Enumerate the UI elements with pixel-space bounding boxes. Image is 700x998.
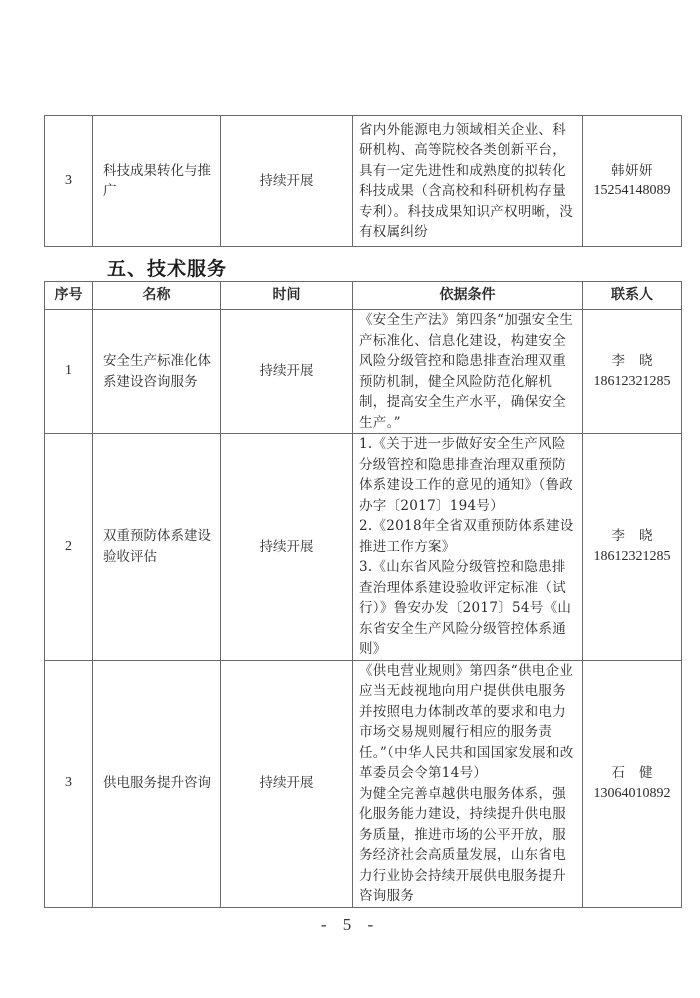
row-contact: 李晓 18612321285 — [583, 310, 682, 434]
row-basis: 《安全生产法》第四条“加强安全生产标准化、信息化建设，构建安全风险分级管控和隐患… — [353, 310, 583, 434]
row-name: 安全生产标准化体系建设咨询服务 — [93, 310, 221, 434]
contact-phone: 18612321285 — [583, 547, 681, 568]
header-index: 序号 — [45, 282, 93, 310]
table-row: 1 安全生产标准化体系建设咨询服务 持续开展 《安全生产法》第四条“加强安全生产… — [45, 310, 682, 434]
contact-name: 李晓 — [583, 351, 695, 372]
header-basis: 依据条件 — [353, 282, 583, 310]
row-contact: 石健 13064010892 — [583, 660, 682, 907]
row-contact: 韩妍妍 15254148089 — [583, 116, 682, 247]
row-time: 持续开展 — [221, 434, 353, 661]
header-contact: 联系人 — [583, 282, 682, 310]
row-time: 持续开展 — [221, 116, 353, 247]
page-number: - 5 - — [0, 915, 700, 935]
table-row: 3 供电服务提升咨询 持续开展 《供电营业规则》第四条“供电企业应当无歧视地向用… — [45, 660, 682, 907]
table-header-row: 序号 名称 时间 依据条件 联系人 — [45, 282, 682, 310]
row-basis: 1.《关于进一步做好安全生产风险分级管控和隐患排查治理双重预防体系建设工作的意见… — [353, 434, 583, 661]
row-name: 供电服务提升咨询 — [93, 660, 221, 907]
row-contact: 李晓 18612321285 — [583, 434, 682, 661]
row-basis: 省内外能源电力领域相关企业、科研机构、高等院校各类创新平台，具有一定先进性和成熟… — [353, 116, 583, 247]
basis-item: 2.《2018年全省双重预防体系建设推进工作方案》 — [359, 516, 576, 557]
basis-item: 《供电营业规则》第四条“供电企业应当无歧视地向用户提供供电服务并按照电力体制改革… — [359, 661, 576, 784]
section-title: 五、技术服务 — [107, 254, 227, 281]
table-row: 3 科技成果转化与推广 持续开展 省内外能源电力领域相关企业、科研机构、高等院校… — [45, 116, 682, 247]
contact-phone: 13064010892 — [583, 784, 681, 805]
basis-item: 1.《关于进一步做好安全生产风险分级管控和隐患排查治理双重预防体系建设工作的意见… — [359, 434, 576, 516]
row-index: 1 — [45, 310, 93, 434]
row-name: 双重预防体系建设验收评估 — [93, 434, 221, 661]
row-time: 持续开展 — [221, 310, 353, 434]
contact-name: 石健 — [583, 763, 695, 784]
technical-services-table: 序号 名称 时间 依据条件 联系人 1 安全生产标准化体系建设咨询服务 持续开展… — [44, 281, 682, 908]
row-index: 3 — [45, 116, 93, 247]
basis-item: 3.《山东省风险分级管控和隐患排查治理体系建设验收评定标准（试行）》鲁安办发〔2… — [359, 557, 576, 660]
basis-item: 为健全完善卓越供电服务体系，强化服务能力建设，持续提升供电服务质量，推进市场的公… — [359, 784, 576, 907]
table-row: 2 双重预防体系建设验收评估 持续开展 1.《关于进一步做好安全生产风险分级管控… — [45, 434, 682, 661]
contact-name: 韩妍妍 — [583, 161, 681, 182]
header-time: 时间 — [221, 282, 353, 310]
row-index: 3 — [45, 660, 93, 907]
continued-table: 3 科技成果转化与推广 持续开展 省内外能源电力领域相关企业、科研机构、高等院校… — [44, 115, 682, 247]
contact-phone: 15254148089 — [583, 181, 681, 202]
row-name: 科技成果转化与推广 — [93, 116, 221, 247]
contact-phone: 18612321285 — [583, 372, 681, 393]
row-index: 2 — [45, 434, 93, 661]
row-basis: 《供电营业规则》第四条“供电企业应当无歧视地向用户提供供电服务并按照电力体制改革… — [353, 660, 583, 907]
contact-name: 李晓 — [583, 526, 695, 547]
header-name: 名称 — [93, 282, 221, 310]
row-time: 持续开展 — [221, 660, 353, 907]
